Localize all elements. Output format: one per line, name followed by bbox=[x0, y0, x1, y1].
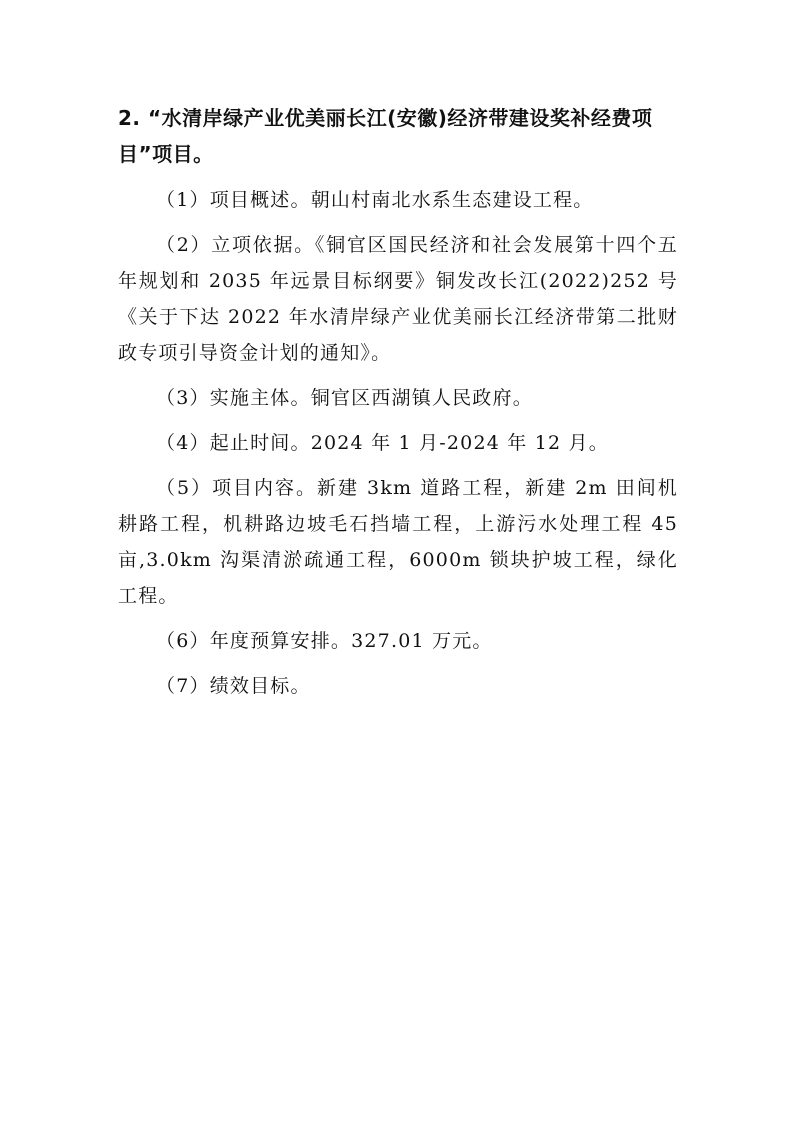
paragraph-project-basis: （2）立项依据。《铜官区国民经济和社会发展第十四个五年规划和 2035 年远景目… bbox=[118, 227, 678, 371]
paragraph-project-overview: （1）项目概述。朝山村南北水系生态建设工程。 bbox=[118, 182, 678, 218]
paragraph-annual-budget: （6）年度预算安排。327.01 万元。 bbox=[118, 623, 678, 659]
paragraph-performance-goals: （7）绩效目标。 bbox=[118, 668, 678, 704]
paragraph-implementing-entity: （3）实施主体。铜官区西湖镇人民政府。 bbox=[118, 380, 678, 416]
document-page: 2. “水清岸绿产业优美丽长江(安徽)经济带建设奖补经费项目”项目。 （1）项目… bbox=[118, 100, 678, 713]
section-heading: 2. “水清岸绿产业优美丽长江(安徽)经济带建设奖补经费项目”项目。 bbox=[118, 100, 678, 172]
paragraph-project-content: （5）项目内容。新建 3km 道路工程，新建 2m 田间机耕路工程，机耕路边坡毛… bbox=[118, 470, 678, 614]
paragraph-time-period: （4）起止时间。2024 年 1 月-2024 年 12 月。 bbox=[118, 425, 678, 461]
